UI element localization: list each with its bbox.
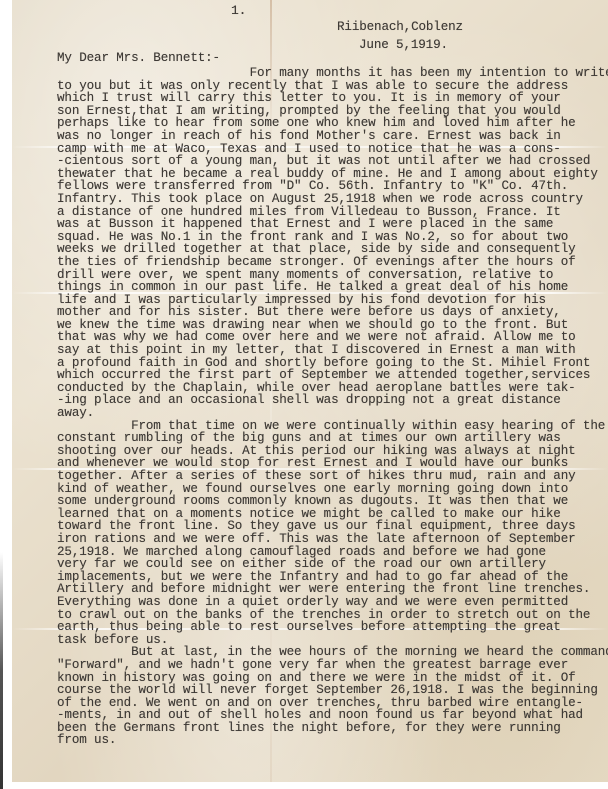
- letter-line: mother and for his sister. But there wer…: [57, 306, 608, 319]
- letter-line: which I trust will carry this letter to …: [57, 92, 608, 105]
- letter-line: constant rumbling of the big guns and at…: [57, 432, 608, 445]
- letter-line: -cientous sort of a young man, but it wa…: [57, 155, 608, 168]
- letter-line: was no longer in reach of his fond Mothe…: [57, 130, 608, 143]
- letter-line: away.: [57, 407, 608, 420]
- salutation: My Dear Mrs. Bennett:-: [57, 52, 220, 65]
- letter-line: the ties of friendship became stronger. …: [57, 256, 608, 269]
- page-number: 1.: [231, 5, 246, 18]
- letter-line: was at Busson it happened that Ernest an…: [57, 218, 608, 231]
- letter-line: very far we could see on either side of …: [57, 558, 608, 571]
- letter-line: been the Germans front lines the night b…: [57, 722, 608, 735]
- letter-line: say at this point in my letter, that I d…: [57, 344, 608, 357]
- letter-date: June 5,1919.: [359, 39, 448, 52]
- letter-line: Infantry. This took place on August 25,1…: [57, 193, 608, 206]
- letter-place: Riibenach,Coblenz: [337, 21, 463, 34]
- letter-line: course the world will never forget Septe…: [57, 684, 608, 697]
- letter-line: iron rations and we were off. This was t…: [57, 533, 608, 546]
- letter-line: earth, thus being able to rest ourselves…: [57, 621, 608, 634]
- letter-line: Everything was done in a quiet orderly w…: [57, 596, 608, 609]
- scan-edge: [0, 0, 3, 789]
- letter-line: -ing place and an occasional shell was d…: [57, 394, 608, 407]
- letter-body: For many months it has been my intention…: [57, 67, 608, 747]
- letter-line: -ments, in and out of shell holes and no…: [57, 709, 608, 722]
- letter-line: For many months it has been my intention…: [57, 67, 608, 80]
- letter-line: things in common in our past life. He ta…: [57, 281, 608, 294]
- letter-line: from us.: [57, 734, 608, 747]
- letter-line: "Forward", and we hadn't gone very far w…: [57, 659, 608, 672]
- letter-line: some underground rooms commonly known as…: [57, 495, 608, 508]
- letter-line: which occurred the first part of Septemb…: [57, 369, 608, 382]
- letter-line: together. After a series of these sort o…: [57, 470, 608, 483]
